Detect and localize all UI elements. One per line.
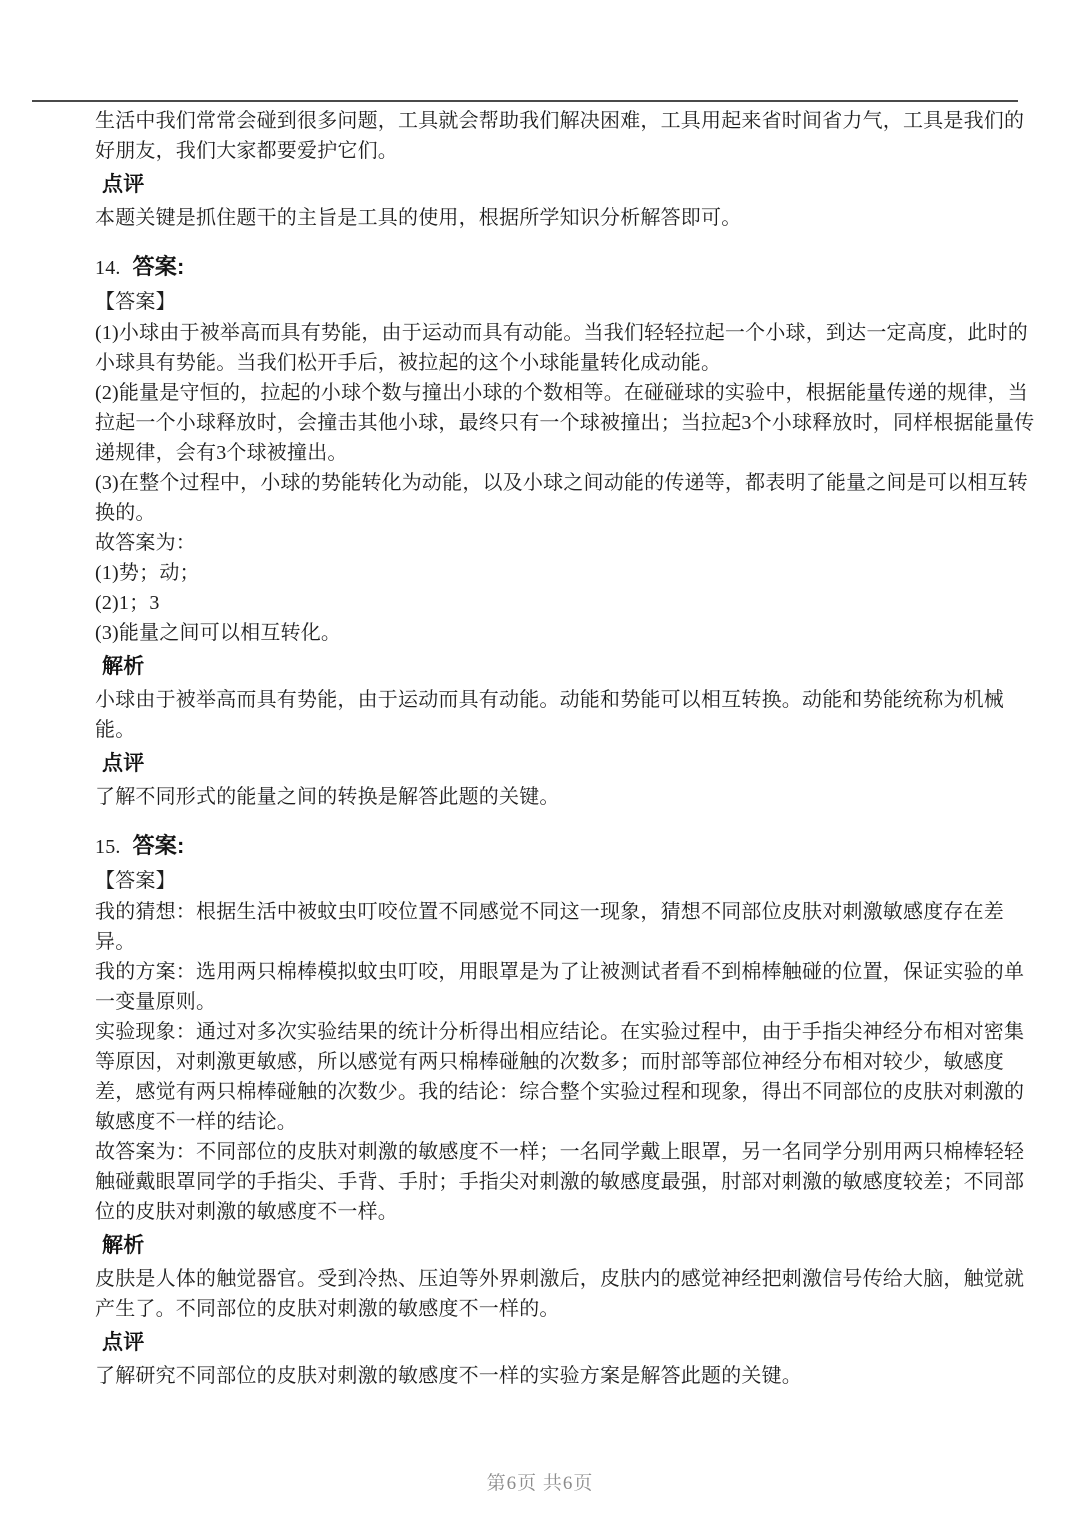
question-15-answer-bracket: 【答案】 <box>95 866 1040 897</box>
question-15-answer-paragraph: 故答案为：不同部位的皮肤对刺激的敏感度不一样；一名同学戴上眼罩，另一名同学分别用… <box>95 1137 1040 1227</box>
question-14-title: 答案: <box>133 254 185 279</box>
question-14-comment-text: 了解不同形式的能量之间的转换是解答此题的关键。 <box>95 782 1040 812</box>
question-15-answer-paragraph: 实验现象：通过对多次实验结果的统计分析得出相应结论。在实验过程中，由于手指尖神经… <box>95 1017 1040 1137</box>
page-content: 生活中我们常常会碰到很多问题，工具就会帮助我们解决困难，工具用起来省时间省力气，… <box>95 106 1040 1391</box>
question-14-answer-paragraph: 故答案为： <box>95 528 1040 558</box>
question-14-answer-paragraph: (1)小球由于被举高而具有势能，由于运动而具有动能。当我们轻轻拉起一个小球，到达… <box>95 318 1040 378</box>
question-15-number: 15. <box>95 836 121 858</box>
question-15-answer-paragraph: 我的猜想：根据生活中被蚊虫叮咬位置不同感觉不同这一现象，猜想不同部位皮肤对刺激敏… <box>95 897 1040 957</box>
intro-paragraph: 生活中我们常常会碰到很多问题，工具就会帮助我们解决困难，工具用起来省时间省力气，… <box>95 106 1040 166</box>
question-15-comment-heading: 点评 <box>95 1327 1040 1359</box>
question-14-analysis-text: 小球由于被举高而具有势能，由于运动而具有动能。动能和势能可以相互转换。动能和势能… <box>95 685 1040 745</box>
question-14-answer-bracket: 【答案】 <box>95 287 1040 318</box>
question-14-header: 14.答案: <box>95 251 1040 284</box>
question-14-answer-paragraph: (2)1；3 <box>95 588 1040 618</box>
question-14-answer-paragraph: (2)能量是守恒的，拉起的小球个数与撞出小球的个数相等。在碰碰球的实验中，根据能… <box>95 378 1040 468</box>
question-15-comment-text: 了解研究不同部位的皮肤对刺激的敏感度不一样的实验方案是解答此题的关键。 <box>95 1361 1040 1391</box>
header-divider-rule <box>32 100 1018 102</box>
question-15-analysis-text: 皮肤是人体的触觉器官。受到冷热、压迫等外界刺激后，皮肤内的感觉神经把刺激信号传给… <box>95 1264 1040 1324</box>
intro-comment-text: 本题关键是抓住题干的主旨是工具的使用，根据所学知识分析解答即可。 <box>95 203 1040 233</box>
question-14-answer-paragraph: (1)势；动； <box>95 558 1040 588</box>
intro-comment-heading: 点评 <box>95 169 1040 201</box>
question-14-comment-heading: 点评 <box>95 748 1040 780</box>
question-14-answer-paragraph: (3)在整个过程中，小球的势能转化为动能，以及小球之间动能的传递等，都表明了能量… <box>95 468 1040 528</box>
document-page: 生活中我们常常会碰到很多问题，工具就会帮助我们解决困难，工具用起来省时间省力气，… <box>0 0 1080 1525</box>
question-15-title: 答案: <box>133 833 185 858</box>
question-15-analysis-heading: 解析 <box>95 1230 1040 1262</box>
question-14-answer-paragraph: (3)能量之间可以相互转化。 <box>95 618 1040 648</box>
question-14-analysis-heading: 解析 <box>95 651 1040 683</box>
question-15-answer-paragraph: 我的方案：选用两只棉棒模拟蚊虫叮咬，用眼罩是为了让被测试者看不到棉棒触碰的位置，… <box>95 957 1040 1017</box>
footer-page-indicator: 第6页 共6页 <box>0 1468 1080 1495</box>
question-15-header: 15.答案: <box>95 830 1040 863</box>
question-14-number: 14. <box>95 257 121 279</box>
